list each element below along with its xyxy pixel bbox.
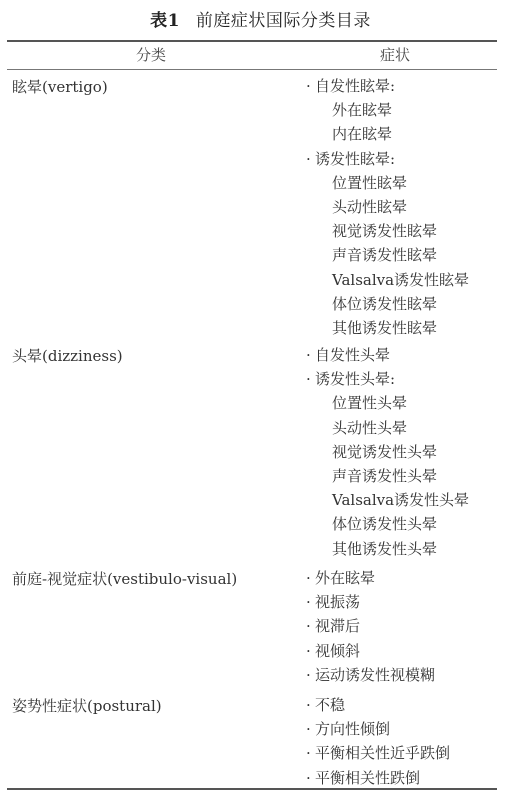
symptom-subitem: 视觉诱发性头晕 — [332, 440, 437, 464]
symptom-text: 其他诱发性眩晕 — [332, 319, 437, 337]
table-number: 表1 — [150, 11, 180, 31]
table-caption: 前庭症状国际分类目录 — [196, 11, 371, 31]
symptom-subitem: 声音诱发性头晕 — [332, 464, 437, 488]
bullet-icon: · — [306, 566, 315, 590]
symptom-text: 运动诱发性视模糊 — [315, 666, 435, 684]
category-label: 姿势性症状(postural) — [12, 695, 162, 716]
symptom-item: ·方向性倾倒 — [306, 717, 390, 741]
symptom-item: ·自发性眩晕: — [306, 74, 395, 98]
header-rule — [7, 69, 497, 70]
symptom-text: 位置性头晕 — [332, 394, 407, 412]
symptom-subitem: 位置性眩晕 — [332, 171, 407, 195]
header-symptoms: 症状 — [380, 44, 410, 65]
symptom-item: ·外在眩晕 — [306, 566, 375, 590]
symptom-text: 体位诱发性头晕 — [332, 515, 437, 533]
symptom-item: ·自发性头晕 — [306, 343, 390, 367]
symptom-text: 头动性眩晕 — [332, 198, 407, 216]
symptom-subitem: 外在眩晕 — [332, 98, 392, 122]
symptom-text: 头动性头晕 — [332, 419, 407, 437]
symptom-text: 自发性头晕 — [315, 346, 390, 364]
symptom-text: 内在眩晕 — [332, 125, 392, 143]
symptom-subitem: 位置性头晕 — [332, 391, 407, 415]
symptom-text: 视倾斜 — [315, 642, 360, 660]
bullet-icon: · — [306, 693, 315, 717]
symptom-text: 方向性倾倒 — [315, 720, 390, 738]
symptom-text: 位置性眩晕 — [332, 174, 407, 192]
bullet-icon: · — [306, 663, 315, 687]
symptom-subitem: 体位诱发性头晕 — [332, 512, 437, 536]
symptom-text: 声音诱发性眩晕 — [332, 246, 437, 264]
symptom-subitem: 内在眩晕 — [332, 122, 392, 146]
symptom-text: 外在眩晕 — [315, 569, 375, 587]
symptom-text: 平衡相关性跌倒 — [315, 769, 420, 787]
symptom-text: 不稳 — [315, 696, 345, 714]
symptom-item: ·不稳 — [306, 693, 345, 717]
bullet-icon: · — [306, 147, 315, 171]
symptom-item: ·诱发性眩晕: — [306, 147, 395, 171]
symptom-text: 诱发性头晕: — [315, 370, 395, 388]
symptom-text: 视觉诱发性头晕 — [332, 443, 437, 461]
symptom-subitem: 视觉诱发性眩晕 — [332, 219, 437, 243]
symptom-text: Valsalva诱发性头晕 — [332, 491, 469, 509]
symptom-text: 外在眩晕 — [332, 101, 392, 119]
top-rule — [7, 40, 497, 42]
symptom-item: ·视滞后 — [306, 614, 360, 638]
symptom-text: 视觉诱发性眩晕 — [332, 222, 437, 240]
category-label: 前庭-视觉症状(vestibulo-visual) — [12, 568, 237, 589]
symptom-text: 视滞后 — [315, 617, 360, 635]
symptom-subitem: 其他诱发性头晕 — [332, 537, 437, 561]
symptom-subitem: 头动性头晕 — [332, 416, 407, 440]
symptom-item: ·平衡相关性跌倒 — [306, 766, 420, 790]
symptom-text: 平衡相关性近乎跌倒 — [315, 744, 450, 762]
bullet-icon: · — [306, 717, 315, 741]
symptom-subitem: 其他诱发性眩晕 — [332, 316, 437, 340]
symptom-subitem: 声音诱发性眩晕 — [332, 243, 437, 267]
symptom-text: 自发性眩晕: — [315, 77, 395, 95]
symptom-text: 诱发性眩晕: — [315, 150, 395, 168]
symptom-subitem: 体位诱发性眩晕 — [332, 292, 437, 316]
symptom-subitem: Valsalva诱发性头晕 — [332, 488, 469, 512]
bottom-rule — [7, 788, 497, 790]
bullet-icon: · — [306, 343, 315, 367]
symptom-text: 体位诱发性眩晕 — [332, 295, 437, 313]
symptom-subitem: Valsalva诱发性眩晕 — [332, 268, 469, 292]
table-title: 表1前庭症状国际分类目录 — [0, 6, 521, 31]
category-label: 头晕(dizziness) — [12, 345, 123, 366]
symptom-text: 其他诱发性头晕 — [332, 540, 437, 558]
bullet-icon: · — [306, 639, 315, 663]
symptom-text: 视振荡 — [315, 593, 360, 611]
symptom-item: ·诱发性头晕: — [306, 367, 395, 391]
bullet-icon: · — [306, 590, 315, 614]
bullet-icon: · — [306, 367, 315, 391]
symptom-item: ·平衡相关性近乎跌倒 — [306, 741, 450, 765]
category-label: 眩晕(vertigo) — [12, 76, 108, 97]
symptom-text: 声音诱发性头晕 — [332, 467, 437, 485]
symptom-subitem: 头动性眩晕 — [332, 195, 407, 219]
bullet-icon: · — [306, 614, 315, 638]
bullet-icon: · — [306, 741, 315, 765]
symptom-item: ·视振荡 — [306, 590, 360, 614]
symptom-item: ·视倾斜 — [306, 639, 360, 663]
bullet-icon: · — [306, 766, 315, 790]
symptom-item: ·运动诱发性视模糊 — [306, 663, 435, 687]
bullet-icon: · — [306, 74, 315, 98]
symptom-text: Valsalva诱发性眩晕 — [332, 271, 469, 289]
header-category: 分类 — [136, 44, 166, 65]
